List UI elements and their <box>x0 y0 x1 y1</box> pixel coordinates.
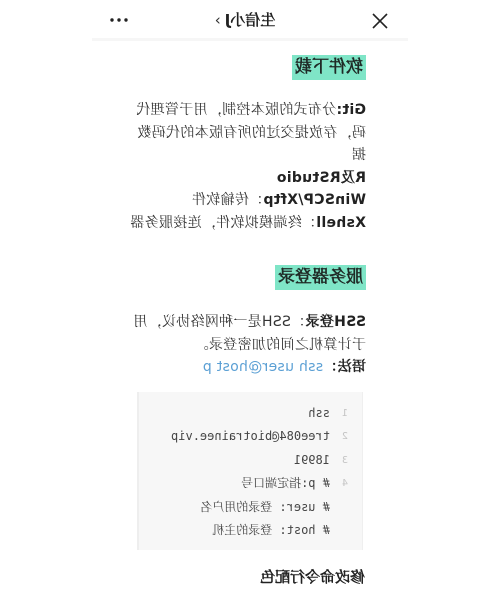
section-heading-server-login: 服务器登录 <box>275 265 366 290</box>
code-text: tree084@biotrainee.vip <box>171 425 330 448</box>
header-divider <box>92 38 408 41</box>
more-dots-icon <box>108 14 130 26</box>
code-text: # host: 登录的主机 <box>212 519 330 542</box>
syntax-line: 语法：ssh user@host p <box>121 356 366 379</box>
xshell-line: Xshell：终端模拟软件，连接服务器 <box>121 212 366 235</box>
code-line: 318991 <box>139 449 362 472</box>
line-number: 2 <box>337 425 353 448</box>
article-page: 生信小J› 软件下载 Git:分布式的版本控制，用于管理代 码，存放提交过的所有… <box>0 0 500 600</box>
close-icon <box>370 11 390 31</box>
more-options-button[interactable] <box>108 14 130 26</box>
code-text: # user: 登录的用户名 <box>200 496 330 519</box>
chevron-right-icon: › <box>215 11 221 29</box>
ssh-line-2: 于计算机之间的加密登录。 <box>121 334 366 357</box>
git-label: Git: <box>336 102 366 118</box>
ssh-description: SSH登录：SSH是一种网络协议，用 于计算机之间的加密登录。 语法：ssh u… <box>121 311 366 379</box>
code-line: 1ssh <box>139 402 362 425</box>
r-rstudio-label: R及RStudio <box>121 167 366 190</box>
section-heading-software: 软件下载 <box>292 55 366 80</box>
top-bar: 生信小J› <box>0 0 500 40</box>
code-text: 18991 <box>294 449 330 472</box>
software-list: Git:分布式的版本控制，用于管理代 码，存放提交过的所有版本的代码数 据 R及… <box>121 99 366 234</box>
code-line: # host: 登录的主机 <box>139 519 362 542</box>
git-line-1: Git:分布式的版本控制，用于管理代 <box>121 99 366 122</box>
close-button[interactable] <box>370 11 390 31</box>
winscp-line: WinSCP/Xftp：传输软件 <box>121 189 366 212</box>
code-line: 4# p:指定端口号 <box>139 472 362 495</box>
code-line: # user: 登录的用户名 <box>139 496 362 519</box>
winscp-label: WinSCP/Xftp <box>263 192 366 208</box>
syntax-label: 语法 <box>337 359 366 375</box>
syntax-command: ssh user@host p <box>203 359 324 375</box>
git-line-3: 据 <box>121 144 366 167</box>
line-number: 3 <box>337 449 353 472</box>
ssh-line-1: SSH登录：SSH是一种网络协议，用 <box>121 311 366 334</box>
xshell-label: Xshell <box>316 215 366 231</box>
code-line: 2tree084@biotrainee.vip <box>139 425 362 448</box>
git-line-2: 码，存放提交过的所有版本的代码数 <box>121 122 366 145</box>
code-text: # p:指定端口号 <box>241 472 330 495</box>
code-text: ssh <box>308 402 330 425</box>
account-title[interactable]: 生信小J› <box>190 9 300 31</box>
ssh-label: SSH登录 <box>305 314 366 330</box>
line-number: 4 <box>337 472 353 495</box>
code-block[interactable]: 1ssh 2tree084@biotrainee.vip 318991 4# p… <box>137 392 363 550</box>
account-name: 生信小J <box>225 11 276 29</box>
line-number: 1 <box>337 402 353 425</box>
section-heading-terminal-colors: 修改命令行配色 <box>260 566 365 588</box>
